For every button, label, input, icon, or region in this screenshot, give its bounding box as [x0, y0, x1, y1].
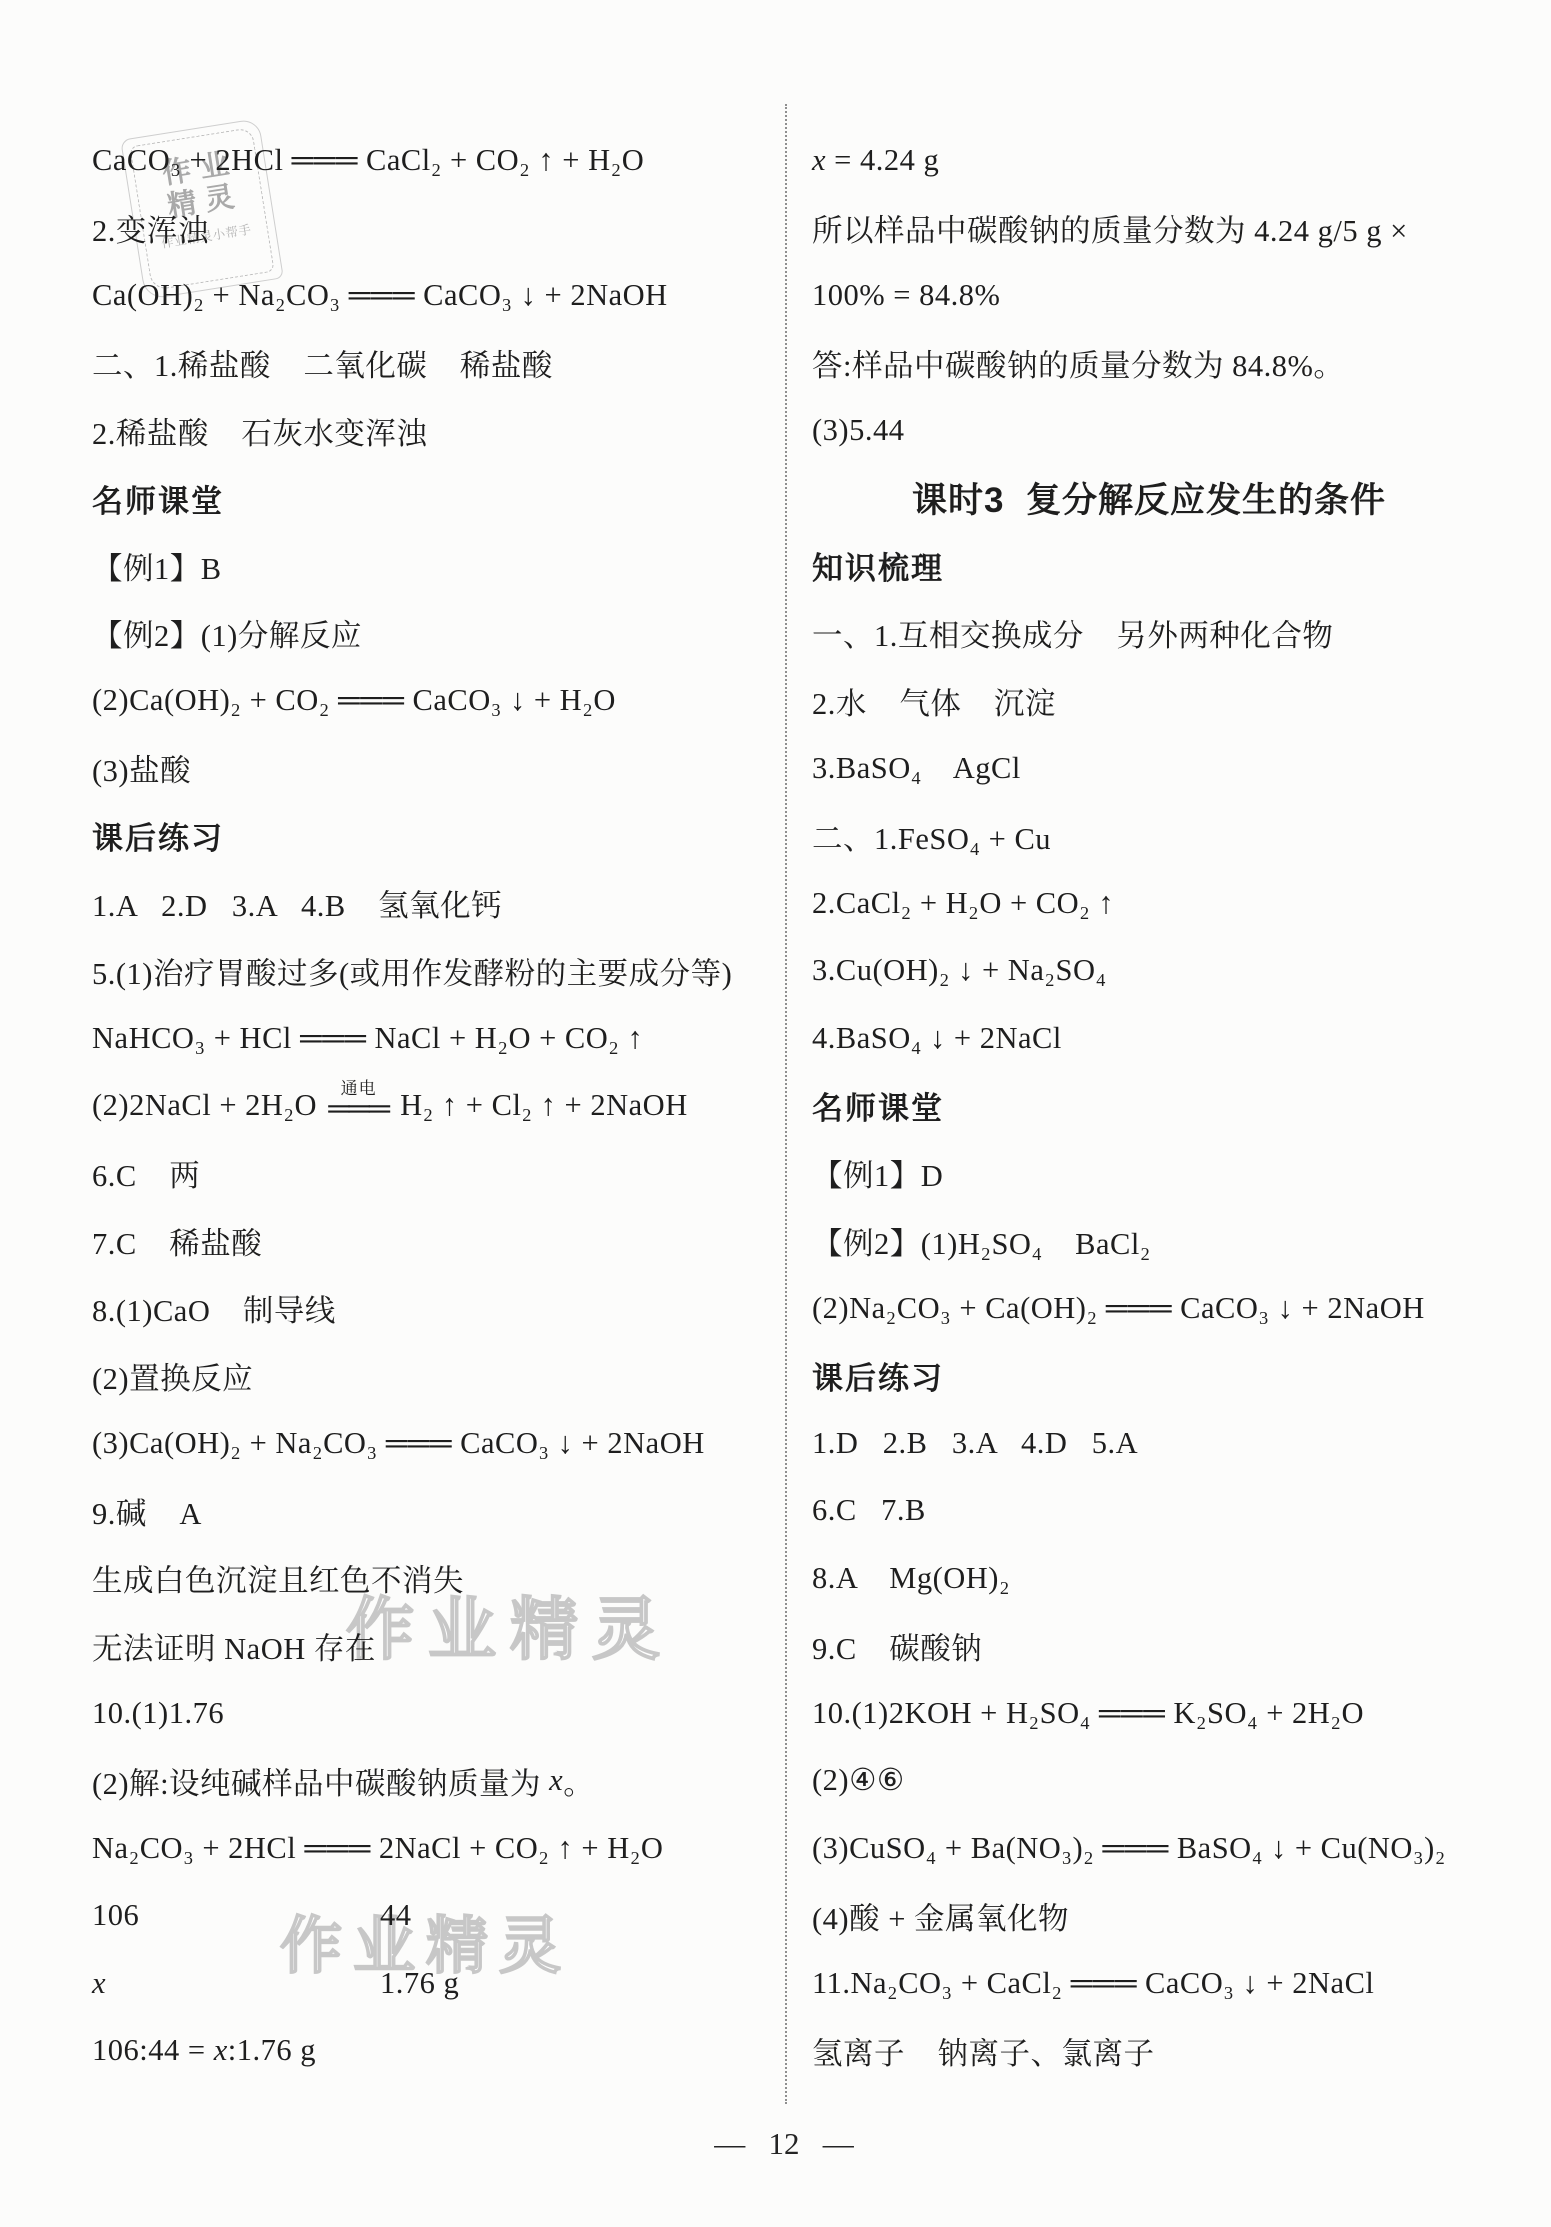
- answer-line: 106:44 = x:1.76 g: [92, 2017, 764, 2085]
- scanned-answer-page: 作业 精灵 作业精灵小帮手 作业精灵 作业精灵 CaCO₃ + 2HCl ═══…: [0, 0, 1551, 2227]
- answer-line: Ca(OH)₂ + Na₂CO₃ ═══ CaCO₃ ↓ + 2NaOH: [92, 262, 764, 330]
- answer-line: (2)Ca(OH)₂ + CO₂ ═══ CaCO₃ ↓ + H₂O: [92, 667, 764, 735]
- answer-line: 10.(1)2KOH + H₂SO₄ ═══ K₂SO₄ + 2H₂O: [812, 1680, 1486, 1748]
- answer-line: 【例2】(1)H₂SO₄ BaCl₂: [812, 1207, 1486, 1275]
- column-divider-dotted-rule: [785, 104, 787, 2104]
- answer-line: 10.(1)1.76: [92, 1680, 764, 1748]
- answer-line: 1.A 2.D 3.A 4.B 氢氧化钙: [92, 870, 764, 938]
- answer-line: 10644: [92, 1882, 764, 1950]
- answer-line: 2.变浑浊: [92, 195, 764, 263]
- answer-line: 一、1.互相交换成分 另外两种化合物: [812, 600, 1486, 668]
- answer-line: NaHCO₃ + HCl ═══ NaCl + H₂O + CO₂ ↑: [92, 1005, 764, 1073]
- answer-line: 3.Cu(OH)₂ ↓ + Na₂SO₄: [812, 937, 1486, 1005]
- answer-line: 6.C 两: [92, 1140, 764, 1208]
- answer-line: 1.D 2.B 3.A 4.D 5.A: [812, 1410, 1486, 1478]
- answer-line: 【例1】B: [92, 532, 764, 600]
- text-segment: = 4.24 g: [826, 143, 939, 178]
- answer-line: x1.76 g: [92, 1950, 764, 2018]
- answer-line: 二、1.FeSO₄ + Cu: [812, 802, 1486, 870]
- proportion-right-value: 44: [380, 1898, 412, 1933]
- text-segment: x: [549, 1763, 563, 1798]
- answer-line: x = 4.24 g: [812, 127, 1486, 195]
- answer-line: (3)CuSO₄ + Ba(NO₃)₂ ═══ BaSO₄ ↓ + Cu(NO₃…: [812, 1815, 1486, 1883]
- answer-line: 2.水 气体 沉淀: [812, 667, 1486, 735]
- answer-line: 4.BaSO₄ ↓ + 2NaCl: [812, 1005, 1486, 1073]
- proportion-right-value: 1.76 g: [380, 1966, 459, 2001]
- answer-line: 6.C 7.B: [812, 1477, 1486, 1545]
- answer-line: 100% = 84.8%: [812, 262, 1486, 330]
- answer-line: (2)2NaCl + 2H₂O 通电═══ H₂ ↑ + Cl₂ ↑ + 2Na…: [92, 1072, 764, 1140]
- answer-line: 8.(1)CaO 制导线: [92, 1275, 764, 1343]
- answer-line: 生成白色沉淀且红色不消失: [92, 1545, 764, 1613]
- answer-line: 2.稀盐酸 石灰水变浑浊: [92, 397, 764, 465]
- answer-line: (4)酸 + 金属氧化物: [812, 1882, 1486, 1950]
- text-segment: 。: [563, 1759, 594, 1803]
- answer-line: 答:样品中碳酸钠的质量分数为 84.8%。: [812, 330, 1486, 398]
- answer-line: 9.碱 A: [92, 1477, 764, 1545]
- answer-line: 所以样品中碳酸钠的质量分数为 4.24 g/5 g ×: [812, 195, 1486, 263]
- section-label: 课后练习: [812, 1342, 1486, 1410]
- answer-line: CaCO₃ + 2HCl ═══ CaCl₂ + CO₂ ↑ + H₂O: [92, 127, 764, 195]
- text-segment: x: [812, 143, 826, 178]
- answer-line: 9.C 碳酸钠: [812, 1612, 1486, 1680]
- text-segment: x: [214, 2033, 228, 2068]
- proportion-left-value: x: [92, 1966, 106, 2001]
- text-segment: H₂ ↑ + Cl₂ ↑ + 2NaOH: [392, 1088, 688, 1123]
- section-label: 名师课堂: [812, 1072, 1486, 1140]
- answer-line: (3)5.44: [812, 397, 1486, 465]
- text-segment: (2)2NaCl + 2H₂O: [92, 1088, 325, 1123]
- answer-line: 二、1.稀盐酸 二氧化碳 稀盐酸: [92, 330, 764, 398]
- text-segment: :1.76 g: [228, 2033, 316, 2068]
- answer-line: 7.C 稀盐酸: [92, 1207, 764, 1275]
- answer-line: (3)Ca(OH)₂ + Na₂CO₃ ═══ CaCO₃ ↓ + 2NaOH: [92, 1410, 764, 1478]
- section-label: 知识梳理: [812, 532, 1486, 600]
- answer-line: 5.(1)治疗胃酸过多(或用作发酵粉的主要成分等): [92, 937, 764, 1005]
- column-right: x = 4.24 g所以样品中碳酸钠的质量分数为 4.24 g/5 g ×100…: [812, 127, 1486, 2085]
- section-label: 课后练习: [92, 802, 764, 870]
- answer-line: 无法证明 NaOH 存在: [92, 1612, 764, 1680]
- answer-line: 【例1】D: [812, 1140, 1486, 1208]
- answer-line: 2.CaCl₂ + H₂O + CO₂ ↑: [812, 870, 1486, 938]
- answer-line: 3.BaSO₄ AgCl: [812, 735, 1486, 803]
- text-segment: (2)解:设纯碱样品中碳酸钠质量为: [92, 1759, 549, 1803]
- reaction-condition: 通电═══: [328, 1080, 389, 1124]
- answer-line: 【例2】(1)分解反应: [92, 600, 764, 668]
- section-label: 名师课堂: [92, 465, 764, 533]
- lesson-heading: 课时3 复分解反应发生的条件: [812, 465, 1486, 533]
- answer-line: (2)置换反应: [92, 1342, 764, 1410]
- answer-line: (2)解:设纯碱样品中碳酸钠质量为 x。: [92, 1747, 764, 1815]
- answer-line: (3)盐酸: [92, 735, 764, 803]
- answer-line: 8.A Mg(OH)₂: [812, 1545, 1486, 1613]
- answer-line: 11.Na₂CO₃ + CaCl₂ ═══ CaCO₃ ↓ + 2NaCl: [812, 1950, 1486, 2018]
- answer-line: (2)④⑥: [812, 1747, 1486, 1815]
- answer-line: 氢离子 钠离子、氯离子: [812, 2017, 1486, 2085]
- answer-line: (2)Na₂CO₃ + Ca(OH)₂ ═══ CaCO₃ ↓ + 2NaOH: [812, 1275, 1486, 1343]
- page-number: — 12 —: [714, 2126, 854, 2162]
- text-segment: 106:44 =: [92, 2033, 214, 2068]
- answer-line: Na₂CO₃ + 2HCl ═══ 2NaCl + CO₂ ↑ + H₂O: [92, 1815, 764, 1883]
- proportion-left-value: 106: [92, 1898, 139, 1933]
- column-left: CaCO₃ + 2HCl ═══ CaCl₂ + CO₂ ↑ + H₂O2.变浑…: [92, 127, 764, 2085]
